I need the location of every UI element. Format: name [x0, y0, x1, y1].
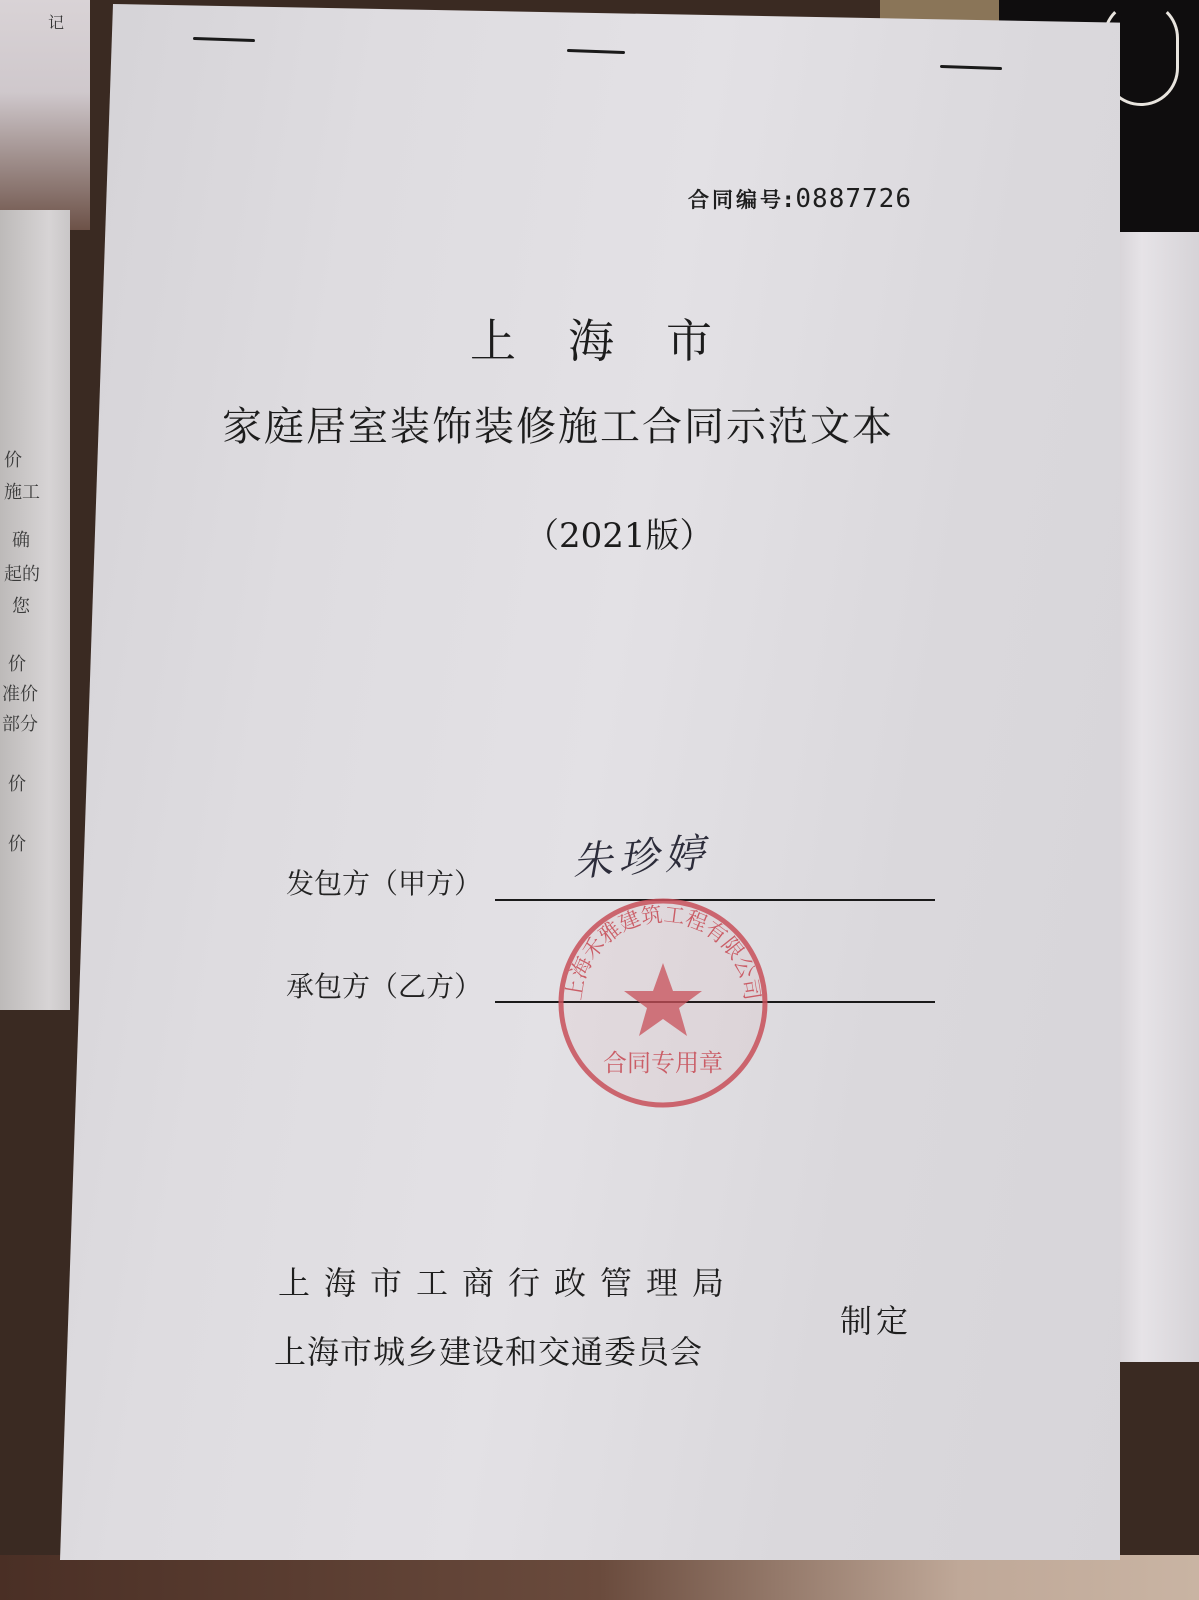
contract-number: 合同编号:0887726	[688, 184, 912, 214]
title-main: 家庭居室装饰装修施工合同示范文本	[222, 395, 894, 452]
company-seal: 上海禾雅建筑工程有限公司 合同专用章	[553, 893, 773, 1113]
party-a-label: 发包方（甲方）	[286, 862, 482, 902]
background-text: 部分	[2, 710, 38, 736]
issuer-1: 上海市工商行政管理局	[278, 1258, 738, 1304]
background-top-left: 记	[0, 0, 90, 230]
background-text: 价	[8, 830, 26, 856]
contract-number-label: 合同编号:	[688, 188, 795, 212]
background-text: 价	[8, 650, 26, 676]
contract-number-value: 0887726	[795, 184, 912, 214]
seal-purpose-text: 合同专用章	[603, 1049, 723, 1077]
background-text: 施工	[4, 478, 40, 504]
background-text: 记	[48, 10, 64, 33]
party-b-label: 承包方（乙方）	[286, 965, 482, 1005]
title-edition: （2021版）	[525, 508, 714, 557]
background-text: 价	[4, 446, 22, 472]
title-city: 上海市	[470, 305, 764, 371]
background-table	[0, 1555, 1199, 1600]
background-text: 您	[12, 592, 30, 618]
issuer-2: 上海市城乡建设和交通委员会	[274, 1327, 703, 1373]
background-text: 准价	[2, 680, 38, 706]
issued-label: 制定	[840, 1296, 912, 1342]
party-a-signature: 朱珍婷	[570, 821, 712, 887]
background-left-sheet: 价 施工 确 起的 您 价 准价 部分 价 价	[0, 210, 70, 1010]
background-text: 起的	[4, 560, 40, 586]
background-text: 价	[8, 770, 26, 796]
background-text: 确	[12, 526, 30, 552]
